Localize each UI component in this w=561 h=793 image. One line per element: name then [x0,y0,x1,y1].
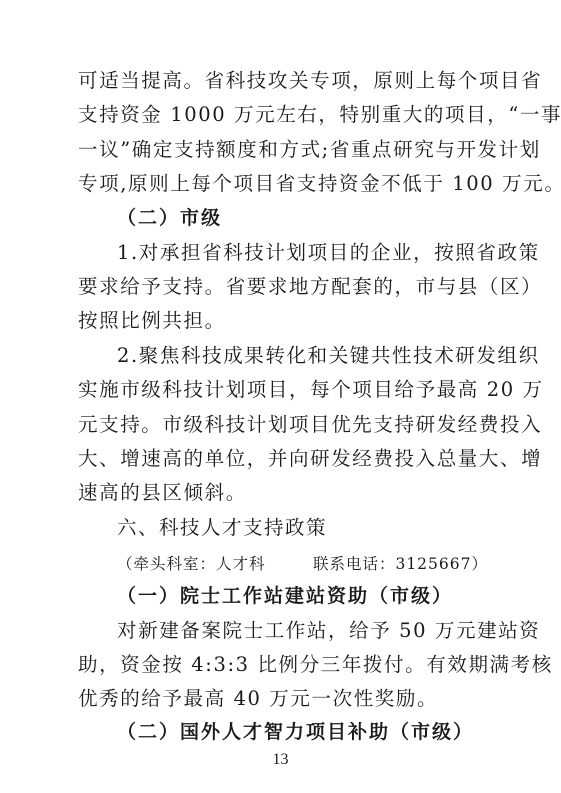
paragraph-line: 一议”确定支持额度和方式;省重点研究与开发计划 [78,138,488,162]
section-title-talent-policy: 六、科技人才支持政策 [117,516,327,540]
paragraph-line: 大、增速高的单位，并向研发经费投入总量大、增 [78,447,488,471]
paragraph-line: 速高的县区倾斜。 [78,481,488,505]
paragraph-line: 对新建备案院士工作站，给予 50 万元建站资 [117,619,488,643]
paragraph-line: 专项,原则上每个项目省支持资金不低于 100 万元。 [78,172,488,196]
subheading-foreign-talent: （二）国外人才智力项目补助（市级） [117,720,474,744]
paragraph-line: 优秀的给予最高 40 万元一次性奖励。 [78,687,488,711]
contact-info: （牵头科室：人才科 联系电话：3125667） [117,552,488,576]
subheading-city-level: （二）市级 [117,206,222,230]
paragraph-line: 实施市级科技计划项目，每个项目给予最高 20 万 [78,378,488,402]
paragraph-line: 元支持。市级科技计划项目优先支持研发经费投入 [78,413,488,437]
contact-phone: 联系电话：3125667） [313,552,488,576]
paragraph-line: 2.聚焦科技成果转化和关键共性技术研发组织 [117,344,488,368]
paragraph-line: 1.对承担省科技计划项目的企业，按照省政策 [117,241,488,265]
paragraph-line: 可适当提高。省科技攻关专项，原则上每个项目省 [78,69,488,93]
paragraph-line: 按照比例共担。 [78,309,488,333]
paragraph-line: 支持资金 1000 万元左右，特别重大的项目，“一事 [78,103,488,127]
paragraph-line: 要求给予支持。省要求地方配套的，市与县（区） [78,275,488,299]
paragraph-line: 助，资金按 4:3:3 比例分三年拨付。有效期满考核 [78,653,488,677]
subheading-academician-station: （一）院士工作站建站资助（市级） [117,584,453,608]
document-page: 可适当提高。省科技攻关专项，原则上每个项目省 支持资金 1000 万元左右，特别… [0,0,561,793]
lead-department: （牵头科室：人才科 [117,552,266,576]
page-number: 13 [0,751,561,769]
